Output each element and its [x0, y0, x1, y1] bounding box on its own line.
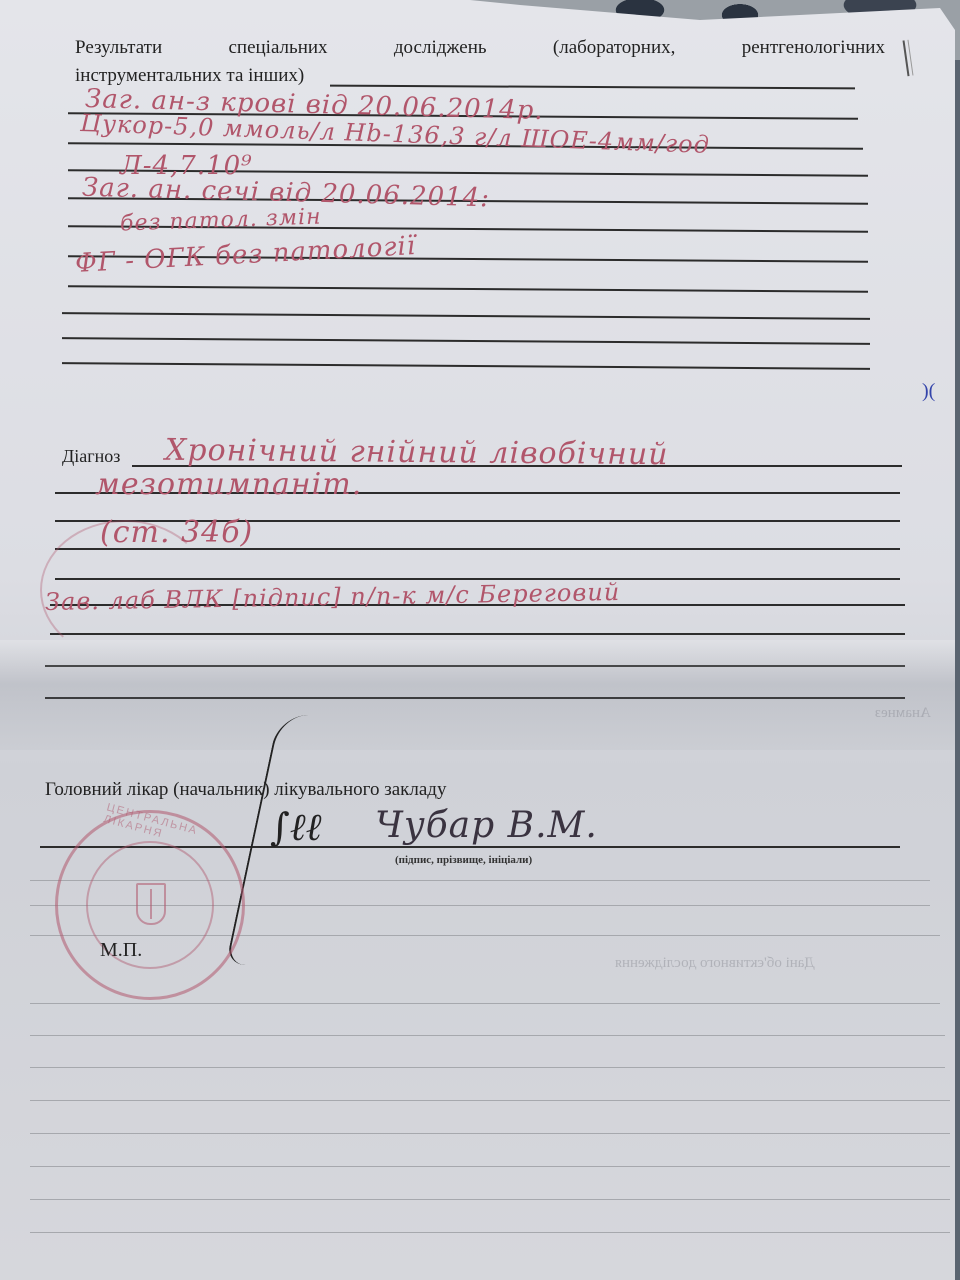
diagnosis-label: Діагноз	[62, 447, 120, 465]
results-heading-word: рентгенологічних	[742, 38, 885, 57]
ruled-line	[45, 697, 905, 699]
ruled-line	[62, 312, 870, 319]
faint-line	[30, 1035, 945, 1036]
results-heading-word: досліджень	[394, 38, 487, 57]
handwritten-diagnosis-line: Хронічний гнійний лівобічний	[165, 436, 669, 470]
results-heading-line1: Результати спеціальних досліджень (лабор…	[75, 38, 885, 57]
ghost-text-objective-exam: Дані об'єктивного дослідження	[615, 955, 815, 972]
staple	[903, 40, 914, 76]
handwritten-result-line: ФГ - ОГК без патології	[75, 233, 417, 277]
handwritten-result-line: без патол. змін	[120, 206, 322, 235]
results-heading-line2: інструментальних та інших)	[75, 66, 304, 85]
results-heading-word: Результати	[75, 38, 162, 57]
ruled-line	[62, 362, 870, 369]
faint-line	[30, 1133, 950, 1134]
head-doctor-name-signature: Чубар В.М.	[375, 808, 598, 844]
head-doctor-label: Головний лікар (начальник) лікувального …	[45, 780, 446, 799]
faint-line	[30, 1003, 940, 1004]
faint-line	[30, 1232, 950, 1233]
ruled-line	[45, 665, 905, 667]
faint-line	[30, 1199, 950, 1200]
head-doctor-scrawl: ∫ℓℓ	[270, 805, 321, 850]
ruled-line	[330, 85, 855, 89]
faint-line	[30, 1100, 950, 1101]
signature-caption: (підпис, прізвище, ініціали)	[395, 854, 532, 866]
ruled-line	[62, 337, 870, 344]
official-seal: ЦЕНТРАЛЬНА ЛІКАРНЯ	[55, 810, 245, 1000]
ruled-line	[68, 285, 868, 292]
faint-line	[30, 1166, 950, 1167]
partial-stamp	[40, 520, 210, 660]
results-heading-word: (лабораторних,	[553, 38, 676, 57]
seal-place-label: М.П.	[100, 940, 142, 960]
handwritten-diagnosis-line: мезотимпаніт.	[95, 470, 362, 500]
ghost-text-anamnesis: Анамнез	[875, 705, 931, 722]
trident-emblem-icon	[136, 883, 166, 925]
faint-line	[30, 1067, 945, 1068]
document-page: Анамнез Дані об'єктивного дослідження Ре…	[0, 0, 955, 1280]
pen-mark: )(	[922, 380, 935, 403]
results-heading-word: спеціальних	[228, 38, 327, 57]
